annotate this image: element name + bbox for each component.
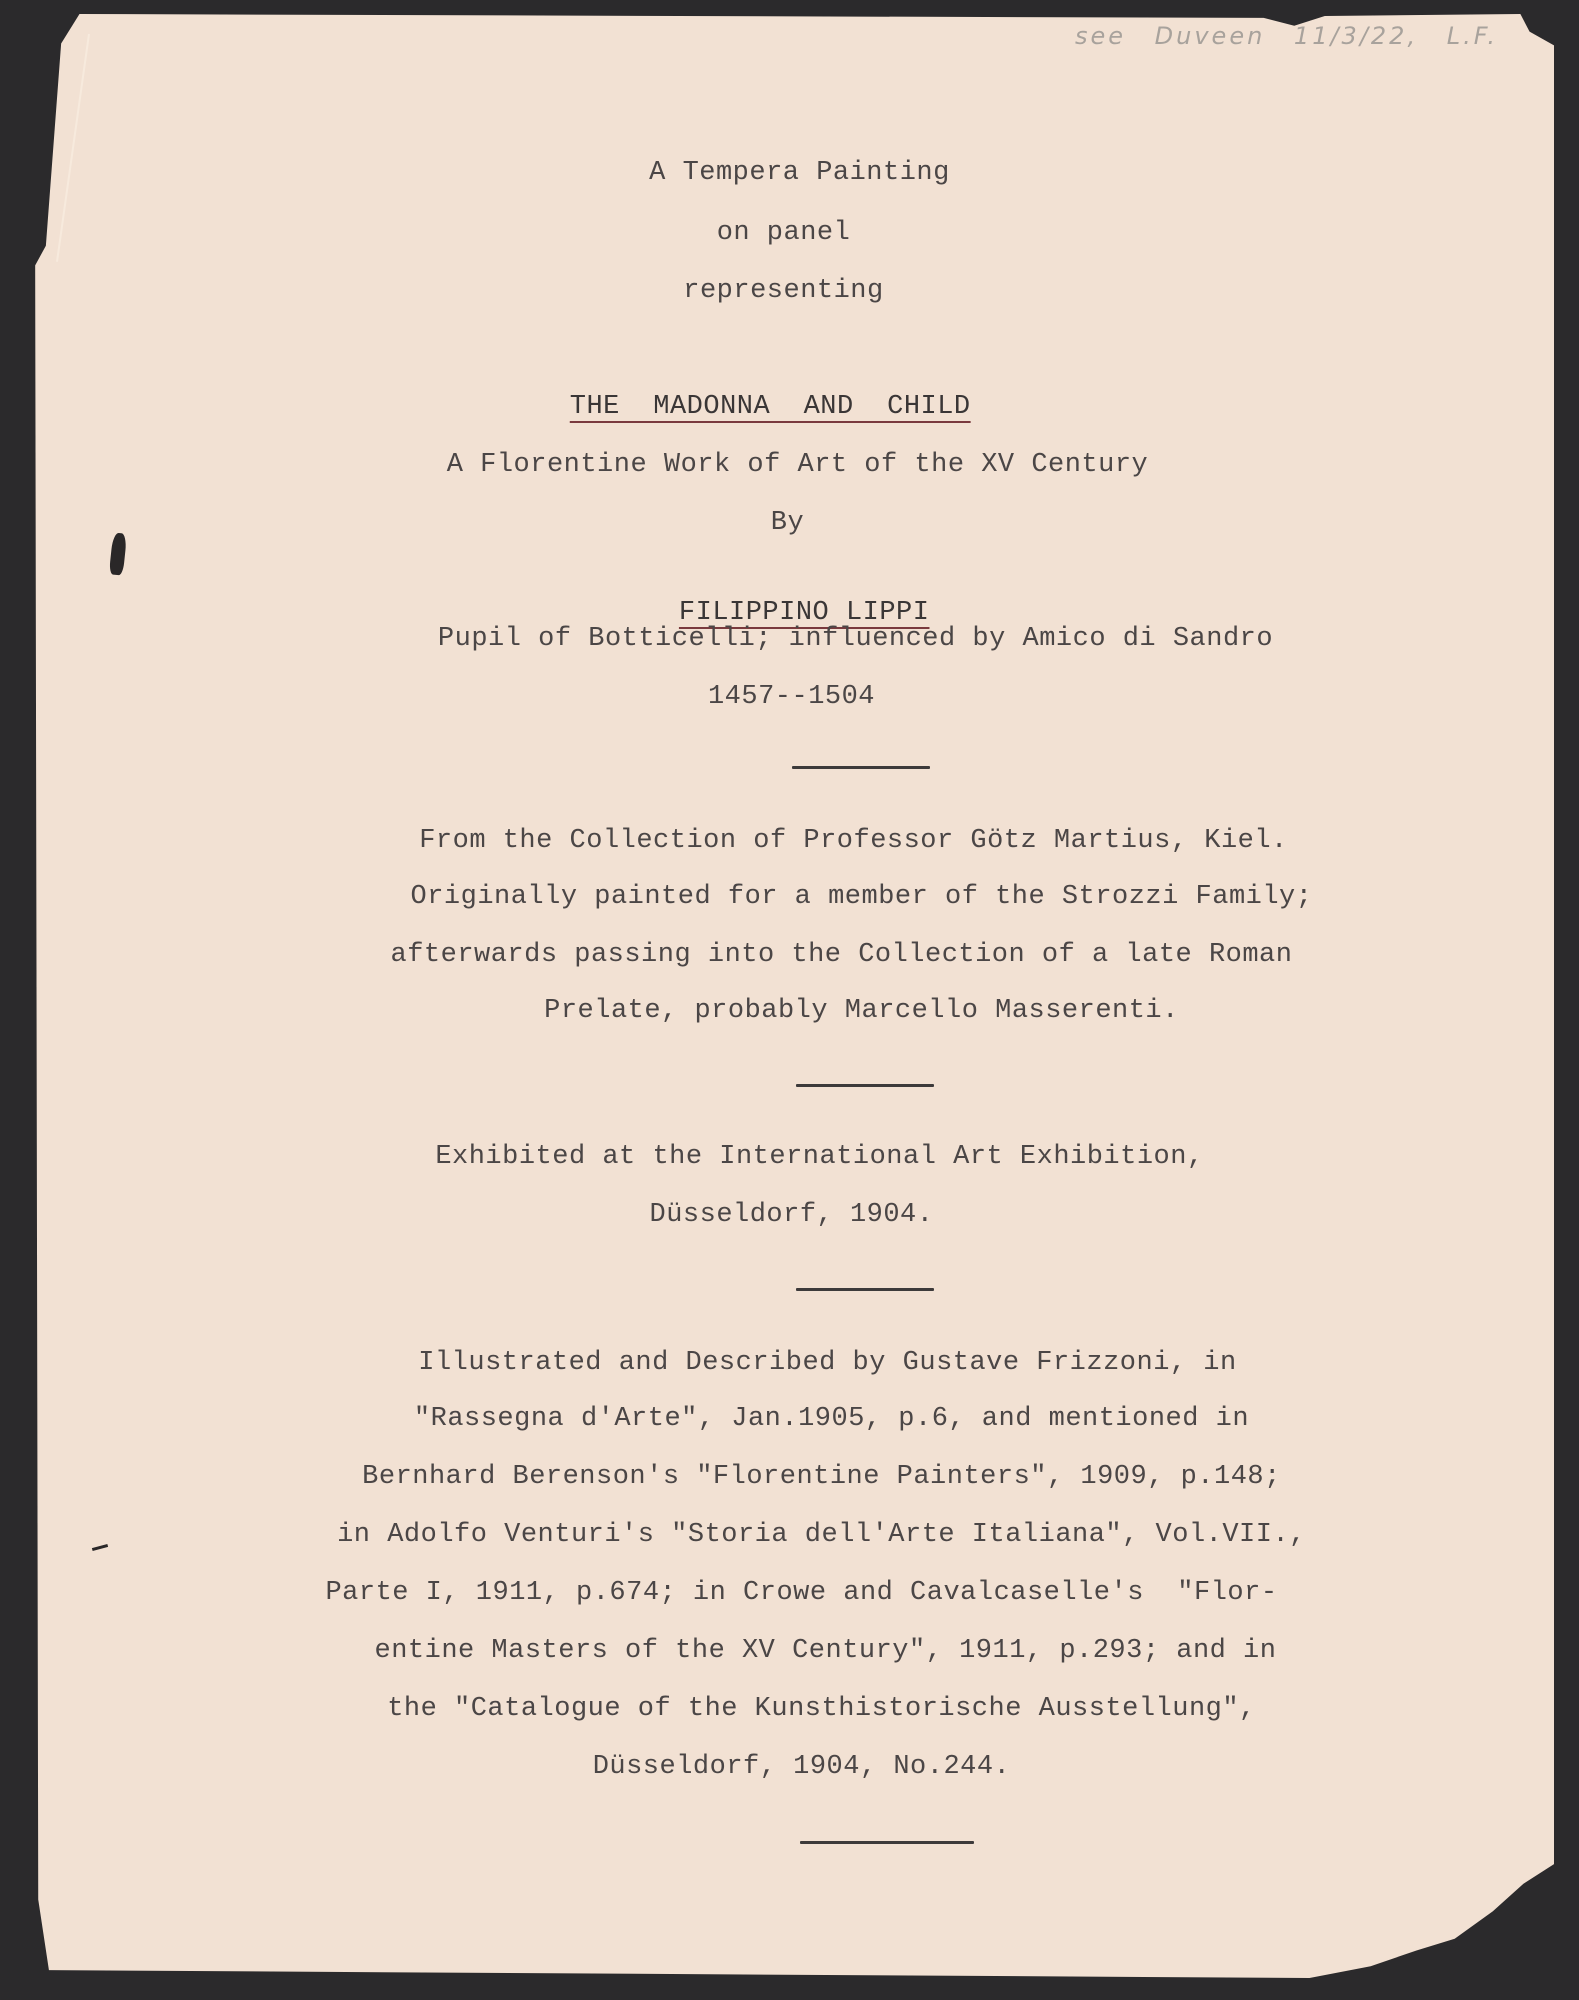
- title-text: THE MADONNA AND CHILD: [570, 392, 971, 422]
- literature-line: "Rassegna d'Arte", Jan.1905, p.6, and me…: [42, 1404, 1579, 1434]
- literature-line: Bernhard Berenson's "Florentine Painters…: [32, 1462, 1579, 1492]
- page-title: THE MADONNA AND CHILD: [0, 362, 1543, 422]
- provenance-line: Originally painted for a member of the S…: [72, 882, 1579, 912]
- provenance-line: From the Collection of Professor Götz Ma…: [64, 826, 1579, 856]
- heading-line-2: on panel: [0, 218, 1573, 248]
- section-divider: [796, 1288, 934, 1291]
- artist-name: FILIPPINO LIPPI: [0, 568, 1577, 628]
- section-divider: [796, 1084, 934, 1087]
- subtitle-century: A Florentine Work of Art of the XV Centu…: [8, 450, 1579, 480]
- handwritten-pencil-note: see Duveen 11/3/22, L.F.: [1075, 22, 1498, 50]
- heading-line-3: representing: [0, 276, 1573, 306]
- exhibition-line: Exhibited at the International Art Exhib…: [30, 1142, 1579, 1172]
- provenance-line: Prelate, probably Marcello Masserenti.: [72, 996, 1579, 1026]
- literature-line: in Adolfo Venturi's "Storia dell'Arte It…: [32, 1520, 1579, 1550]
- literature-line: Parte I, 1911, p.674; in Crowe and Caval…: [12, 1578, 1579, 1608]
- by-label: By: [0, 508, 1577, 538]
- exhibition-line: Düsseldorf, 1904.: [2, 1200, 1579, 1230]
- literature-line: entine Masters of the XV Century", 1911,…: [36, 1636, 1579, 1666]
- literature-line: the "Catalogue of the Kunsthistorische A…: [32, 1694, 1579, 1724]
- artist-dates: 1457--1504: [2, 682, 1579, 712]
- literature-line: Illustrated and Described by Gustave Fri…: [38, 1348, 1579, 1378]
- provenance-line: afterwards passing into the Collection o…: [52, 940, 1579, 970]
- section-divider: [792, 766, 930, 769]
- artist-influence: Pupil of Botticelli; influenced by Amico…: [66, 624, 1579, 654]
- literature-line: Düsseldorf, 1904, No.244.: [12, 1752, 1579, 1782]
- heading-line-1: A Tempera Painting: [10, 158, 1579, 188]
- section-divider: [800, 1841, 974, 1844]
